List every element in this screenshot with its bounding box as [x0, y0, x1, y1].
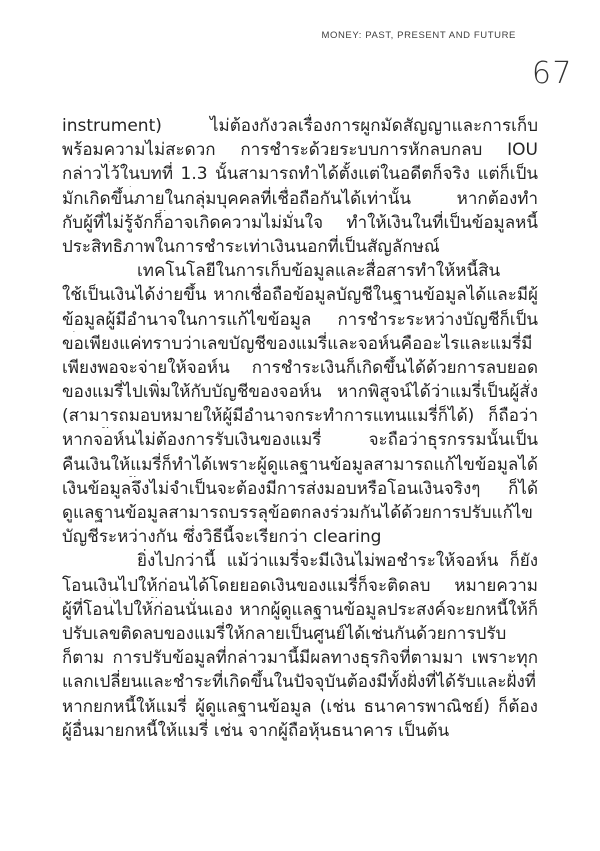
text-line: ใช้เป็นเงินได้ง่ายขึ้น หากเชื่อถือข้อมูล…: [62, 283, 538, 307]
paragraph: เทคโนโลยีในการเก็บข้อมูลและสื่อสารทำให้ห…: [62, 259, 538, 549]
text-line: ปรับเลขติดลบของแมรี่ให้กลายเป็นศูนย์ได้เ…: [62, 622, 538, 646]
text-line: พร้อมความไม่สะดวก การชำระด้วยระบบการหักล…: [62, 138, 538, 162]
text-line: คืนเงินให้แมรี่ก็ทำได้เพราะผู้ดูแลฐานข้อ…: [62, 453, 538, 477]
body-text: instrument) ไม่ต้องกังวลเรื่องการผูกมัดส…: [62, 114, 538, 743]
text-line: ผู้ที่โอนไปให้ก่อนนั่นเอง หากผู้ดูแลฐานข…: [62, 598, 538, 622]
text-line: มักเกิดขึ้นภายในกลุ่มบุคคลที่เชื่อถือกัน…: [62, 187, 538, 211]
book-page: MONEY: PAST, PRESENT AND FUTURE 67 instr…: [0, 0, 600, 851]
paragraph: instrument) ไม่ต้องกังวลเรื่องการผูกมัดส…: [62, 114, 538, 259]
text-line: บัญชีระหว่างกัน ซึ่งวิธีนี้จะเรียกว่า cl…: [62, 525, 538, 549]
text-line: ยิ่งไปกว่านี้ แม้ว่าแมรี่จะมีเงินไม่พอชำ…: [62, 549, 538, 573]
text-line: เทคโนโลยีในการเก็บข้อมูลและสื่อสารทำให้ห…: [62, 259, 538, 283]
text-line: กับผู้ที่ไม่รู้จักก็อาจเกิดความไม่มั่นใจ…: [62, 211, 538, 235]
text-line: (สามารถมอบหมายให้ผู้มีอำนาจกระทำการแทนแม…: [62, 404, 538, 428]
text-line: แลกเปลี่ยนและชำระที่เกิดขึ้นในปัจจุบันต้…: [62, 670, 538, 694]
page-number: 67: [532, 56, 573, 91]
text-line: หากยกหนี้ให้แมรี่ ผู้ดูแลฐานข้อมูล (เช่น…: [62, 695, 538, 719]
text-line: ผู้อื่นมายกหนี้ให้แมรี่ เช่น จากผู้ถือหุ…: [62, 719, 538, 743]
text-line: กล่าวไว้ในบทที่ 1.3 นั้นสามารถทำได้ตั้งแ…: [62, 162, 538, 186]
text-line: ข้อมูลผู้มีอำนาจในการแก้ไขข้อมูล การชำระ…: [62, 308, 538, 332]
paragraph: ยิ่งไปกว่านี้ แม้ว่าแมรี่จะมีเงินไม่พอชำ…: [62, 549, 538, 743]
text-line: ก็ตาม การปรับข้อมูลที่กล่าวมานี้มีผลทางธ…: [62, 646, 538, 670]
text-line: ดูแลฐานข้อมูลสามารถบรรลุข้อตกลงร่วมกันได…: [62, 501, 538, 525]
text-line: ของแมรี่ไปเพิ่มให้กับบัญชีของจอห์น หากพิ…: [62, 380, 538, 404]
text-line: ขอเพียงแค่ทราบว่าเลขบัญชีของแมรี่และจอห์…: [62, 332, 538, 356]
text-line: เพียงพอจะจ่ายให้จอห์น การชำระเงินก็เกิดข…: [62, 356, 538, 380]
text-line: โอนเงินไปให้ก่อนได้โดยยอดเงินของแมรี่ก็จ…: [62, 574, 538, 598]
text-line: instrument) ไม่ต้องกังวลเรื่องการผูกมัดส…: [62, 114, 538, 138]
text-line: ประสิทธิภาพในการชำระเท่าเงินนอกที่เป็นสั…: [62, 235, 538, 259]
text-line: หากจอห์นไม่ต้องการรับเงินของแมรี่ จะถือว…: [62, 428, 538, 452]
running-header: MONEY: PAST, PRESENT AND FUTURE: [321, 30, 516, 41]
text-line: เงินข้อมูลจึงไม่จำเป็นจะต้องมีการส่งมอบห…: [62, 477, 538, 501]
